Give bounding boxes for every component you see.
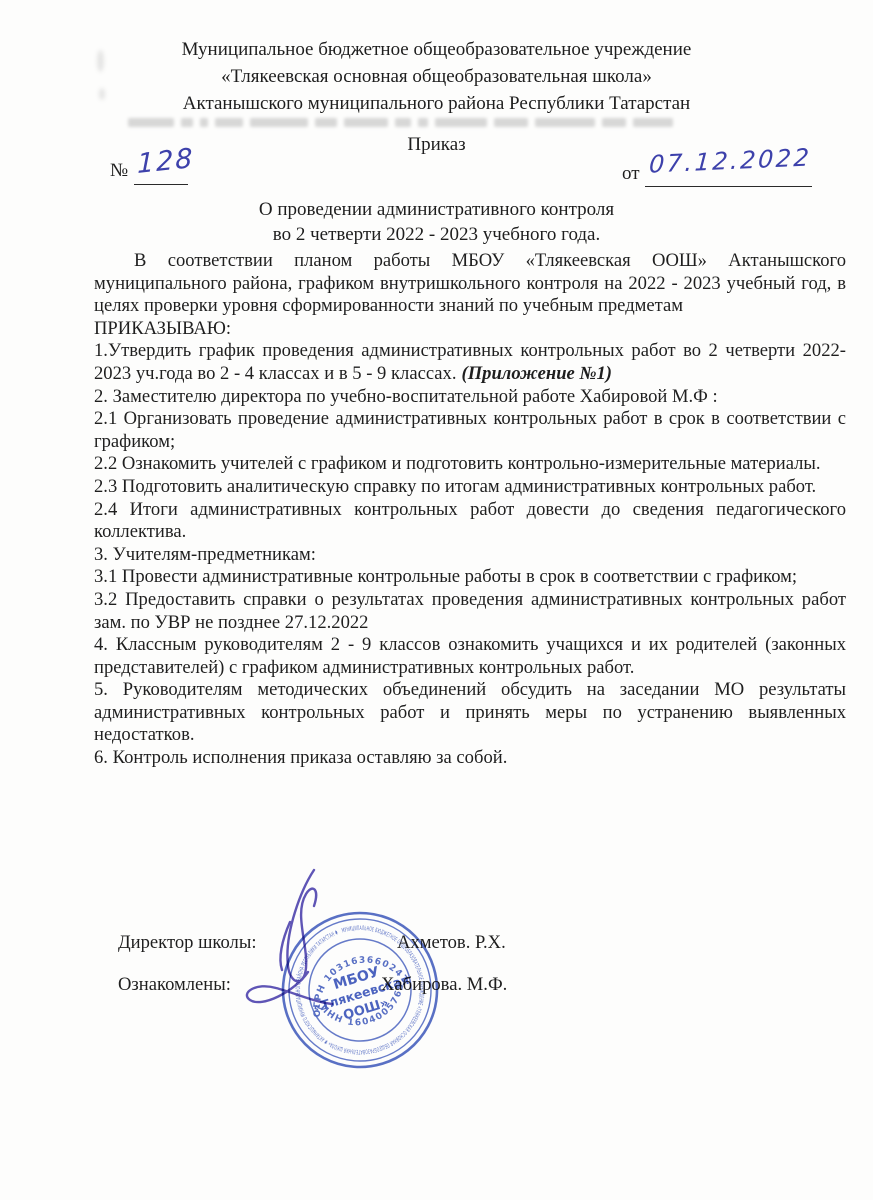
official-round-stamp: МУНИЦИПАЛЬНОЕ БЮДЖЕТНОЕ ОБЩЕОБРАЗОВАТЕЛЬ… bbox=[276, 906, 444, 1074]
item-2: 2. Заместителю директора по учебно-воспи… bbox=[94, 386, 846, 409]
order-date-label: от bbox=[622, 163, 640, 185]
item-1-appendix: (Приложение №1) bbox=[462, 363, 612, 384]
scan-smudge bbox=[99, 88, 105, 100]
item-2-4: 2.4 Итоги административных контрольных р… bbox=[94, 499, 846, 544]
order-number-handwritten: 128 bbox=[137, 143, 194, 180]
item-2-2: 2.2 Ознакомить учителей с графиком и под… bbox=[94, 453, 846, 476]
order-number-label: № bbox=[110, 160, 128, 182]
order-date-handwritten: 07.12.2022 bbox=[648, 143, 812, 178]
item-2-3: 2.3 Подготовить аналитическую справку по… bbox=[94, 476, 846, 499]
item-3-2: 3.2 Предоставить справки о результатах п… bbox=[94, 589, 846, 634]
item-4: 4. Классным руководителям 2 - 9 классов … bbox=[94, 634, 846, 679]
item-5: 5. Руководителям методических объединени… bbox=[94, 679, 846, 747]
subject-line2: во 2 четверти 2022 - 2023 учебного года. bbox=[0, 222, 873, 247]
scanned-order-document: Муниципальное бюджетное общеобразователь… bbox=[0, 0, 873, 1200]
item-3: 3. Учителям-предметникам: bbox=[94, 544, 846, 567]
org-name-line1: Муниципальное бюджетное общеобразователь… bbox=[60, 36, 813, 63]
bleed-through-artifact bbox=[128, 116, 684, 128]
order-date-underline bbox=[645, 186, 812, 187]
item-3-1: 3.1 Провести административные контрольны… bbox=[94, 566, 846, 589]
org-name-line2: «Тлякеевская основная общеобразовательна… bbox=[60, 63, 813, 90]
organization-header: Муниципальное бюджетное общеобразователь… bbox=[60, 36, 813, 117]
acknowledged-label: Ознакомлены: bbox=[118, 974, 231, 996]
scan-smudge bbox=[97, 50, 104, 72]
item-2-1: 2.1 Организовать проведение администрати… bbox=[94, 408, 846, 453]
subject-line1: О проведении административного контроля bbox=[0, 197, 873, 222]
order-body: В соответствии планом работы МБОУ «Тляке… bbox=[94, 250, 846, 770]
order-number-underline bbox=[134, 184, 188, 185]
order-subject: О проведении административного контроля … bbox=[0, 197, 873, 247]
decree-heading: ПРИКАЗЫВАЮ: bbox=[94, 318, 846, 341]
item-6: 6. Контроль исполнения приказа оставляю … bbox=[94, 747, 846, 770]
org-name-line3: Актанышского муниципального района Респу… bbox=[60, 90, 813, 117]
item-1: 1.Утвердить график проведения администра… bbox=[94, 340, 846, 385]
intro-paragraph: В соответствии планом работы МБОУ «Тляке… bbox=[94, 250, 846, 318]
